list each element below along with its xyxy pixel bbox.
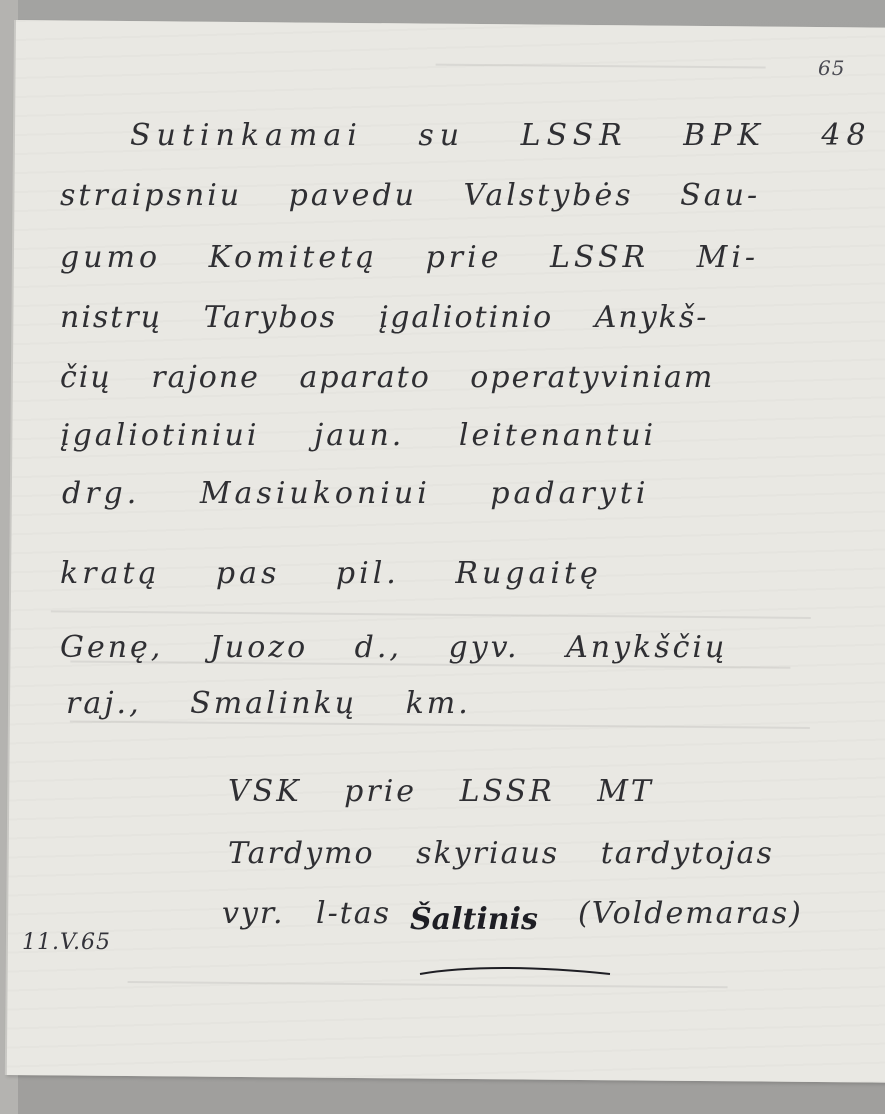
- body-line-10: raj., Smalinkų km.: [66, 686, 471, 721]
- body-line-6: įgaliotiniui jaun. leitenantui: [60, 418, 656, 453]
- signature-rank: vyr. l-tas: [222, 896, 391, 931]
- body-line-1: Sutinkamai su LSSR BPK 48: [130, 118, 872, 153]
- signature-line-2: Tardymo skyriaus tardytojas: [228, 836, 774, 871]
- body-line-7: drg. Masiukoniui padaryti: [62, 476, 649, 511]
- bleed-through-mark: [51, 610, 811, 619]
- body-line-5: čių rajone aparato operatyviniam: [60, 360, 714, 395]
- body-line-8: kratą pas pil. Rugaitę: [60, 556, 602, 591]
- margin-date: 11.V.65: [22, 930, 111, 955]
- body-line-3: gumo Komitetą prie LSSR Mi-: [60, 240, 759, 275]
- body-line-4: nistrų Tarybos įgaliotinio Anykš-: [60, 300, 708, 335]
- bleed-through-mark: [436, 64, 766, 69]
- body-line-2: straipsniu pavedu Valstybės Sau-: [60, 178, 760, 213]
- bleed-through-mark: [70, 720, 810, 728]
- signature-line-1: VSK prie LSSR MT: [228, 774, 654, 809]
- page-number: 65: [818, 56, 845, 80]
- signature-underline-flourish: [415, 960, 615, 980]
- signature-mark: Šaltinis: [410, 902, 538, 937]
- signature-name: (Voldemaras): [578, 896, 803, 931]
- bleed-through-mark: [128, 981, 728, 988]
- body-line-9: Genę, Juozo d., gyv. Anykščių: [60, 630, 727, 665]
